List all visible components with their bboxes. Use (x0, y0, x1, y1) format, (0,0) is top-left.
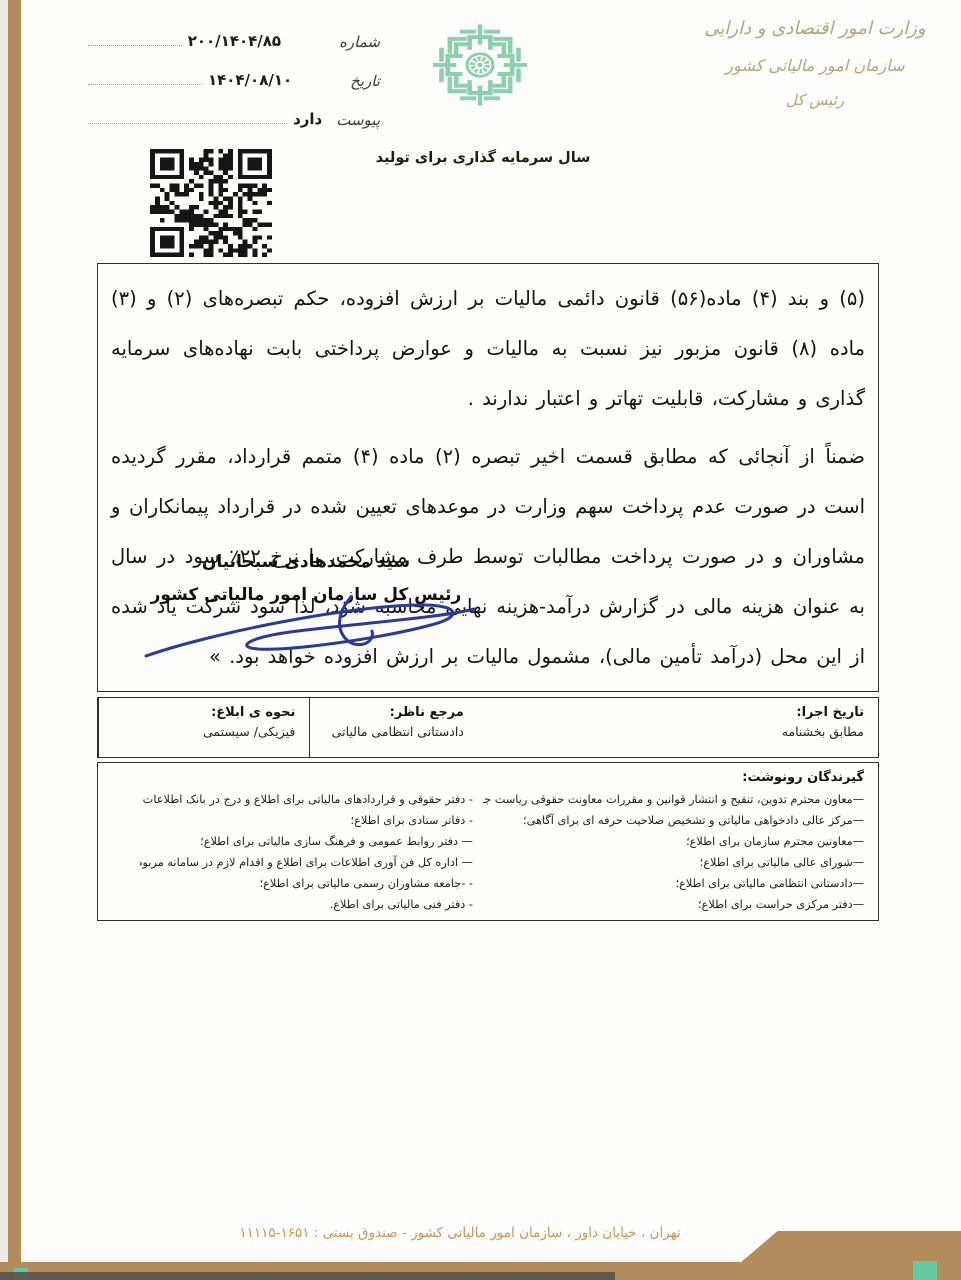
letter-number-label: شماره (339, 33, 380, 51)
supervisor-cell: مرجع ناظر: دادستانی انتظامی مالیاتی (309, 698, 477, 757)
circular-info-table: تاریخ اجرا: مطابق بخشنامه مرجع ناظر: داد… (97, 697, 879, 758)
letter-meta-fields: شماره ۲۰۰/۱۴۰۴/۸۵ تاریخ ۱۴۰۴/۰۸/۱۰ پیوست… (88, 24, 380, 141)
scan-edge-artifact (0, 1272, 615, 1280)
campaign-slogan: سال سرمایه گذاری برای تولید (368, 150, 598, 166)
letter-number-value: ۲۰۰/۱۴۰۴/۸۵ (188, 32, 281, 51)
notification-method-value: فیزیکی/ سیستمی (105, 724, 295, 739)
notification-method-label: نحوه ی ابلاغ: (105, 705, 295, 720)
execution-date-label: تاریخ اجرا: (484, 705, 864, 720)
recipient-item: —مرکز عالی دادخواهی مالیاتی و تشخیص صلاح… (483, 810, 864, 831)
footer-address: تهران ، خیابان داور ، سازمان امور مالیات… (150, 1225, 770, 1241)
recipient-item: — دفتر روابط عمومی و فرهنگ سازی مالیاتی … (140, 831, 473, 852)
letter-attachment-value: دارد (293, 110, 322, 129)
supervisor-label: مرجع ناظر: (316, 705, 463, 720)
page-left-margin (0, 0, 8, 1280)
recipient-item: - -جامعه مشاوران رسمی مالیاتی برای اطلاع… (140, 873, 473, 894)
supervisor-value: دادستانی انتظامی مالیاتی (316, 724, 463, 739)
letter-attachment-label: پیوست (336, 111, 380, 129)
copy-recipients-box: گیرندگان رونوشت: —معاون محترم تدوین، تنق… (97, 762, 879, 921)
bottom-accent-wedge (740, 1231, 961, 1263)
letterhead: وزارت امور اقتصادی و دارایی سازمان امور … (680, 18, 950, 109)
recipients-column-left: - دفتر حقوقی و قراردادهای مالیاتی برای ا… (112, 789, 473, 915)
body-paragraph-1: (۵) و بند (۴) ماده(۵۶) قانون دائمی مالیا… (111, 274, 865, 424)
signer-name: سید محمدهادی سبحانیان (150, 552, 462, 572)
recipient-item: —شورای عالی مالیاتی برای اطلاع؛ (483, 852, 864, 873)
dotted-leader (88, 84, 202, 85)
recipient-item: —دادستانی انتظامی مالیاتی برای اطلاع؛ (483, 873, 864, 894)
letterhead-organization: سازمان امور مالیاتی کشور (680, 56, 950, 75)
recipient-item: - دفتر حقوقی و قراردادهای مالیاتی برای ا… (140, 789, 473, 810)
letterhead-ministry: وزارت امور اقتصادی و دارایی (680, 18, 950, 39)
recipient-item: —دفتر مرکزی حراست برای اطلاع؛ (483, 894, 864, 915)
scanned-letter-page: وزارت امور اقتصادی و دارایی سازمان امور … (0, 0, 961, 1280)
dotted-leader (88, 45, 182, 46)
execution-date-value: مطابق بخشنامه (484, 724, 864, 739)
recipient-item: - دفتر فنی مالیاتی برای اطلاع. (140, 894, 473, 915)
copy-recipients-title: گیرندگان رونوشت: (112, 770, 864, 785)
left-accent-stripe (8, 0, 21, 1280)
letter-date-label: تاریخ (350, 72, 380, 90)
tax-administration-emblem-icon (428, 20, 532, 110)
letter-date-value: ۱۴۰۴/۰۸/۱۰ (208, 71, 292, 90)
recipient-item: — اداره کل فن آوری اطلاعات برای اطلاع و … (140, 852, 473, 873)
handwritten-signature (138, 588, 483, 670)
letter-date-row: تاریخ ۱۴۰۴/۰۸/۱۰ (88, 63, 380, 90)
qr-code (150, 149, 272, 257)
letterhead-role: رئیس کل (680, 91, 950, 109)
recipient-item: - دفاتر ستادی برای اطلاع؛ (140, 810, 473, 831)
recipient-item: —معاونین محترم سازمان برای اطلاع؛ (483, 831, 864, 852)
letter-attachment-row: پیوست دارد (88, 102, 380, 129)
recipient-item: —معاون محترم تدوین، تنقیح و انتشار قوانی… (483, 789, 864, 810)
recipients-column-right: —معاون محترم تدوین، تنقیح و انتشار قوانی… (473, 789, 864, 915)
teal-accent-square-right (913, 1261, 937, 1280)
letter-number-row: شماره ۲۰۰/۱۴۰۴/۸۵ (88, 24, 380, 51)
notification-method-cell: نحوه ی ابلاغ: فیزیکی/ سیستمی (98, 698, 309, 757)
dotted-leader (88, 123, 287, 124)
execution-date-cell: تاریخ اجرا: مطابق بخشنامه (478, 698, 878, 757)
